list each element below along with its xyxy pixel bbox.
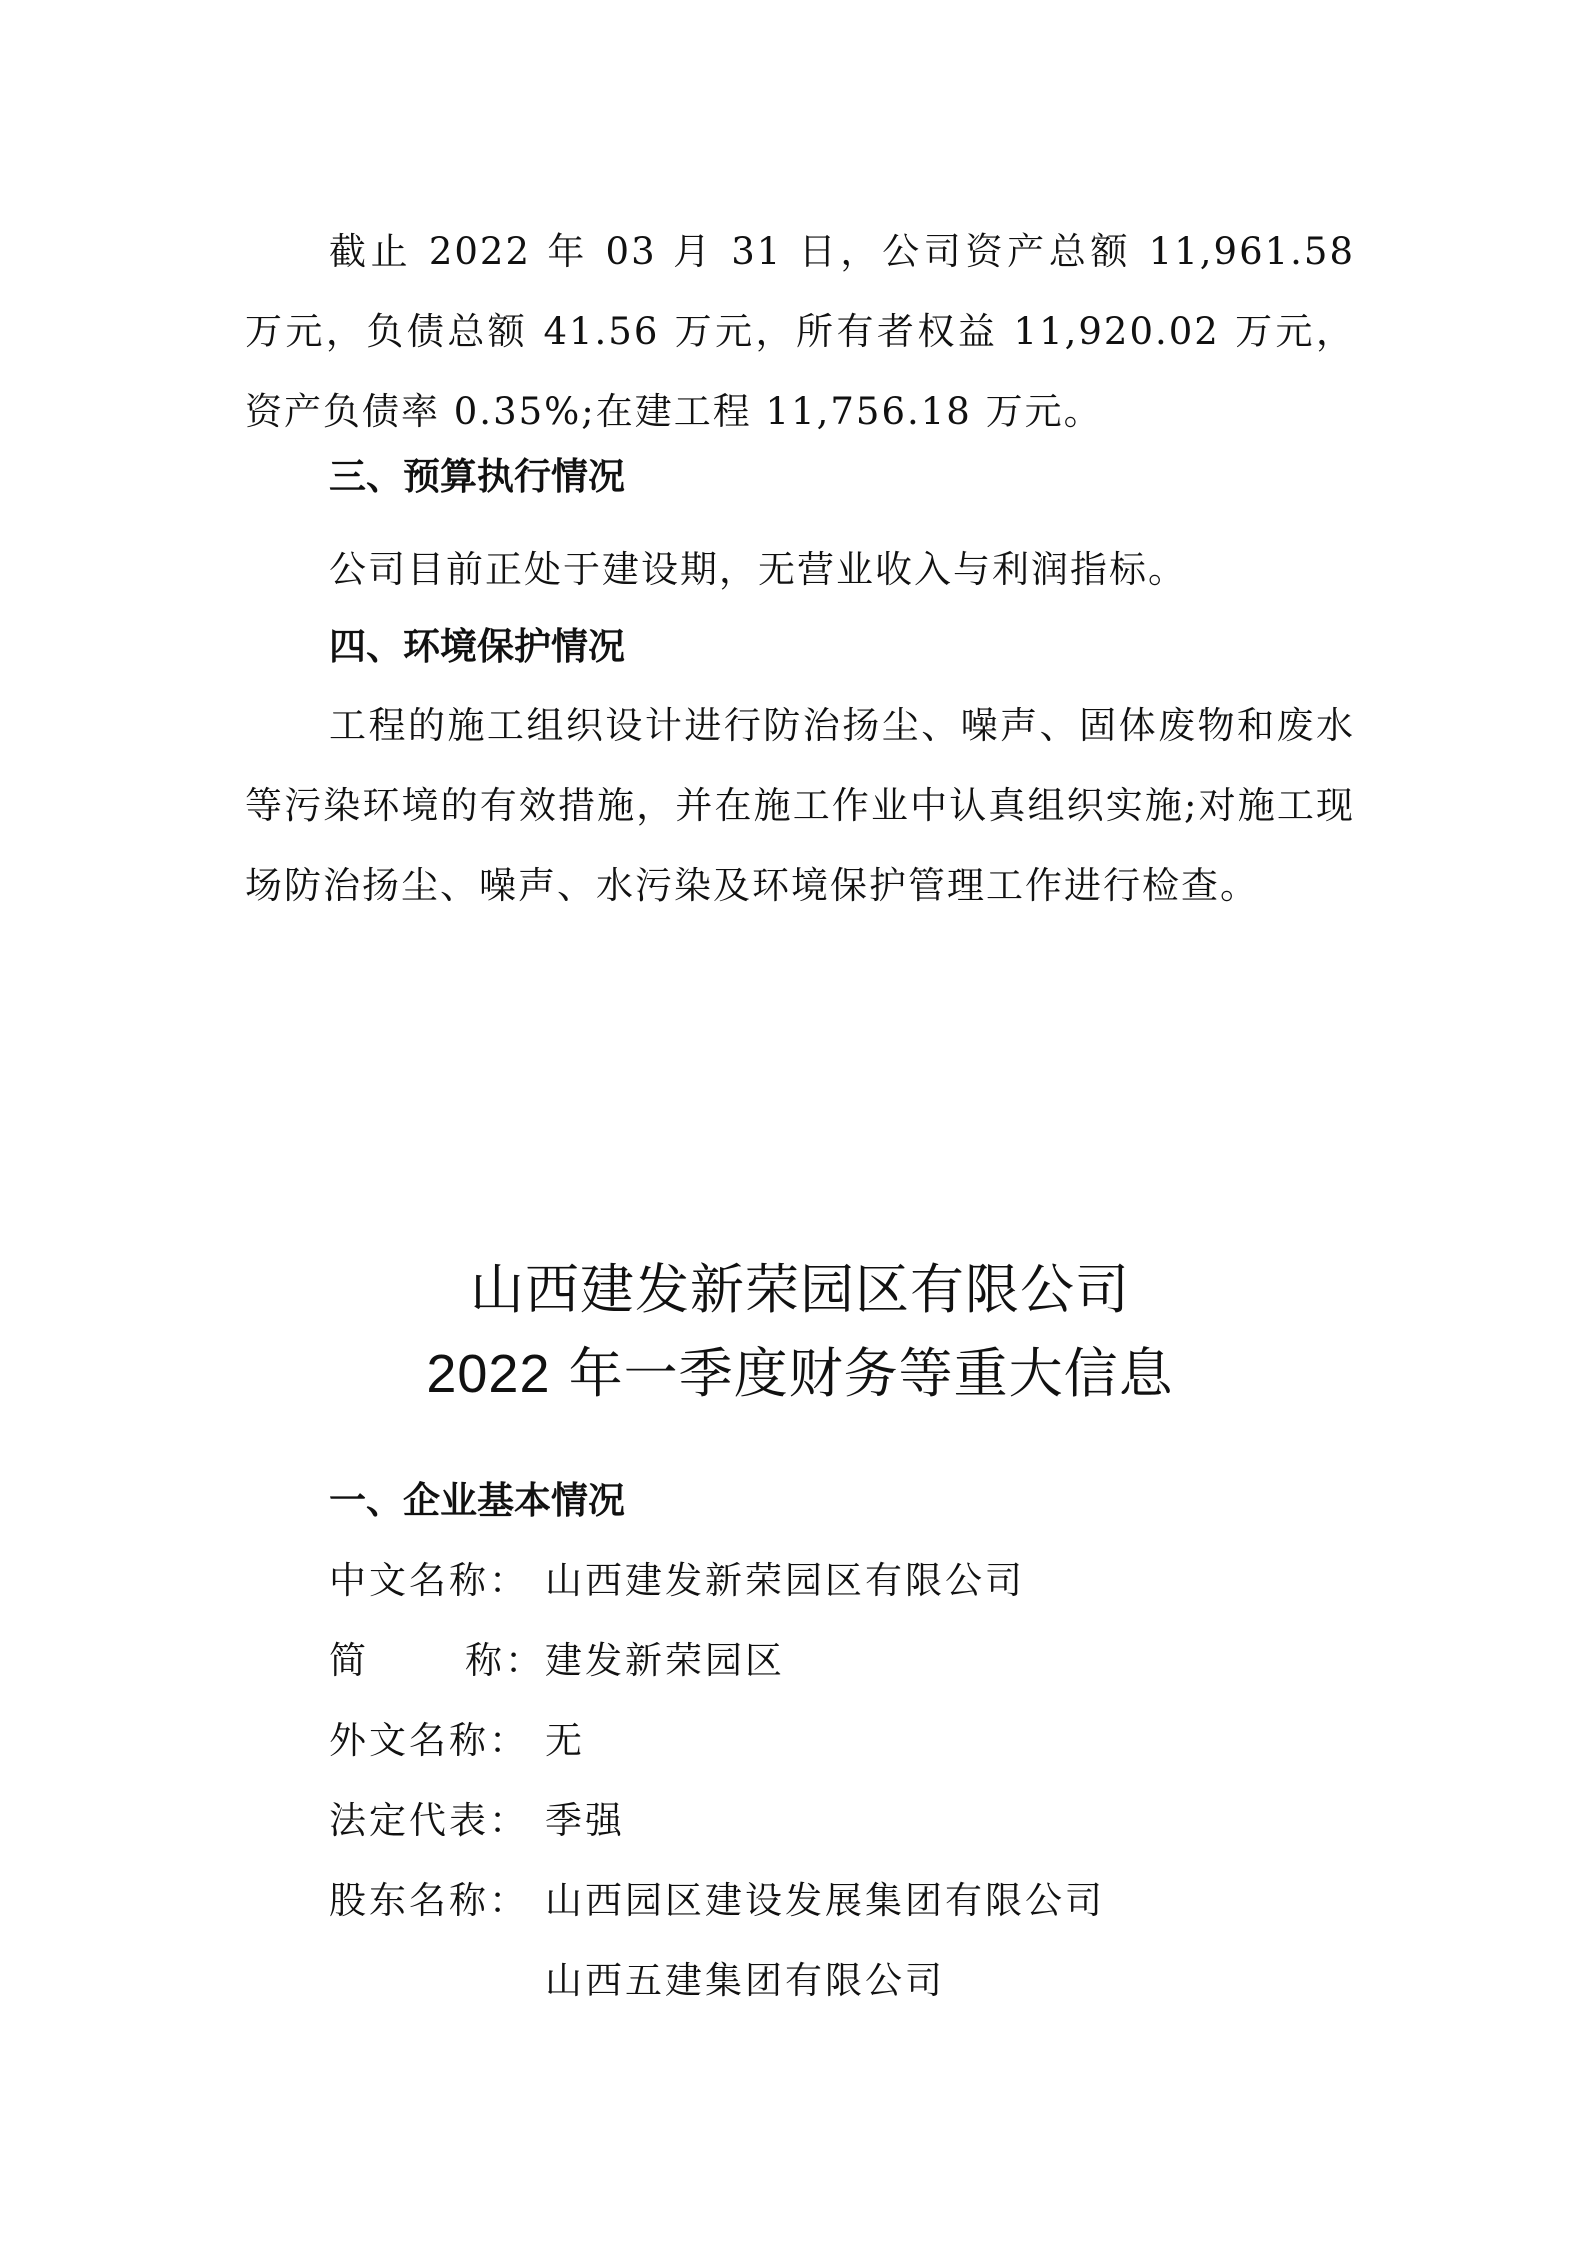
- financial-summary-paragraph: 截止 2022 年 03 月 31 日，公司资产总额 11,961.58 万元，…: [245, 212, 1355, 452]
- field-label: 中文名称：: [329, 1556, 545, 1606]
- section-heading-basic-info: 一、企业基本情况: [329, 1476, 625, 1526]
- field-label: 外文名称：: [329, 1716, 545, 1766]
- title-year: 2022: [426, 1344, 550, 1404]
- field-value: 山西园区建设发展集团有限公司: [545, 1879, 1105, 1922]
- budget-paragraph: 公司目前正处于建设期，无营业收入与利润指标。: [245, 530, 1355, 610]
- field-shareholders: 股东名称：山西园区建设发展集团有限公司: [329, 1876, 1105, 1926]
- environment-paragraph: 工程的施工组织设计进行防治扬尘、噪声、固体废物和废水等污染环境的有效措施，并在施…: [245, 686, 1355, 926]
- field-value: 山西建发新荣园区有限公司: [545, 1559, 1025, 1602]
- field-value: 无: [545, 1719, 585, 1762]
- field-value: 建发新荣园区: [545, 1639, 785, 1682]
- field-value: 季强: [545, 1799, 625, 1842]
- field-label: 股东名称：: [329, 1876, 545, 1926]
- section-heading-budget: 三、预算执行情况: [329, 452, 625, 502]
- section-heading-environment: 四、环境保护情况: [329, 622, 625, 672]
- field-label-part: 称：: [465, 1636, 545, 1686]
- document-title-company: 山西建发新荣园区有限公司: [245, 1250, 1355, 1330]
- title-rest: 年一季度财务等重大信息: [550, 1342, 1173, 1405]
- field-label: 简称：: [329, 1636, 545, 1686]
- field-value: 山西五建集团有限公司: [545, 1959, 945, 2002]
- document-title-report: 2022 年一季度财务等重大信息: [245, 1334, 1355, 1414]
- field-short-name: 简称：建发新荣园区: [329, 1636, 785, 1686]
- field-foreign-name: 外文名称：无: [329, 1716, 585, 1766]
- field-chinese-name: 中文名称：山西建发新荣园区有限公司: [329, 1556, 1025, 1606]
- field-legal-representative: 法定代表：季强: [329, 1796, 625, 1846]
- field-label-part: 简: [329, 1636, 369, 1686]
- field-label: 法定代表：: [329, 1796, 545, 1846]
- field-shareholders-continued: 山西五建集团有限公司: [329, 1956, 945, 2006]
